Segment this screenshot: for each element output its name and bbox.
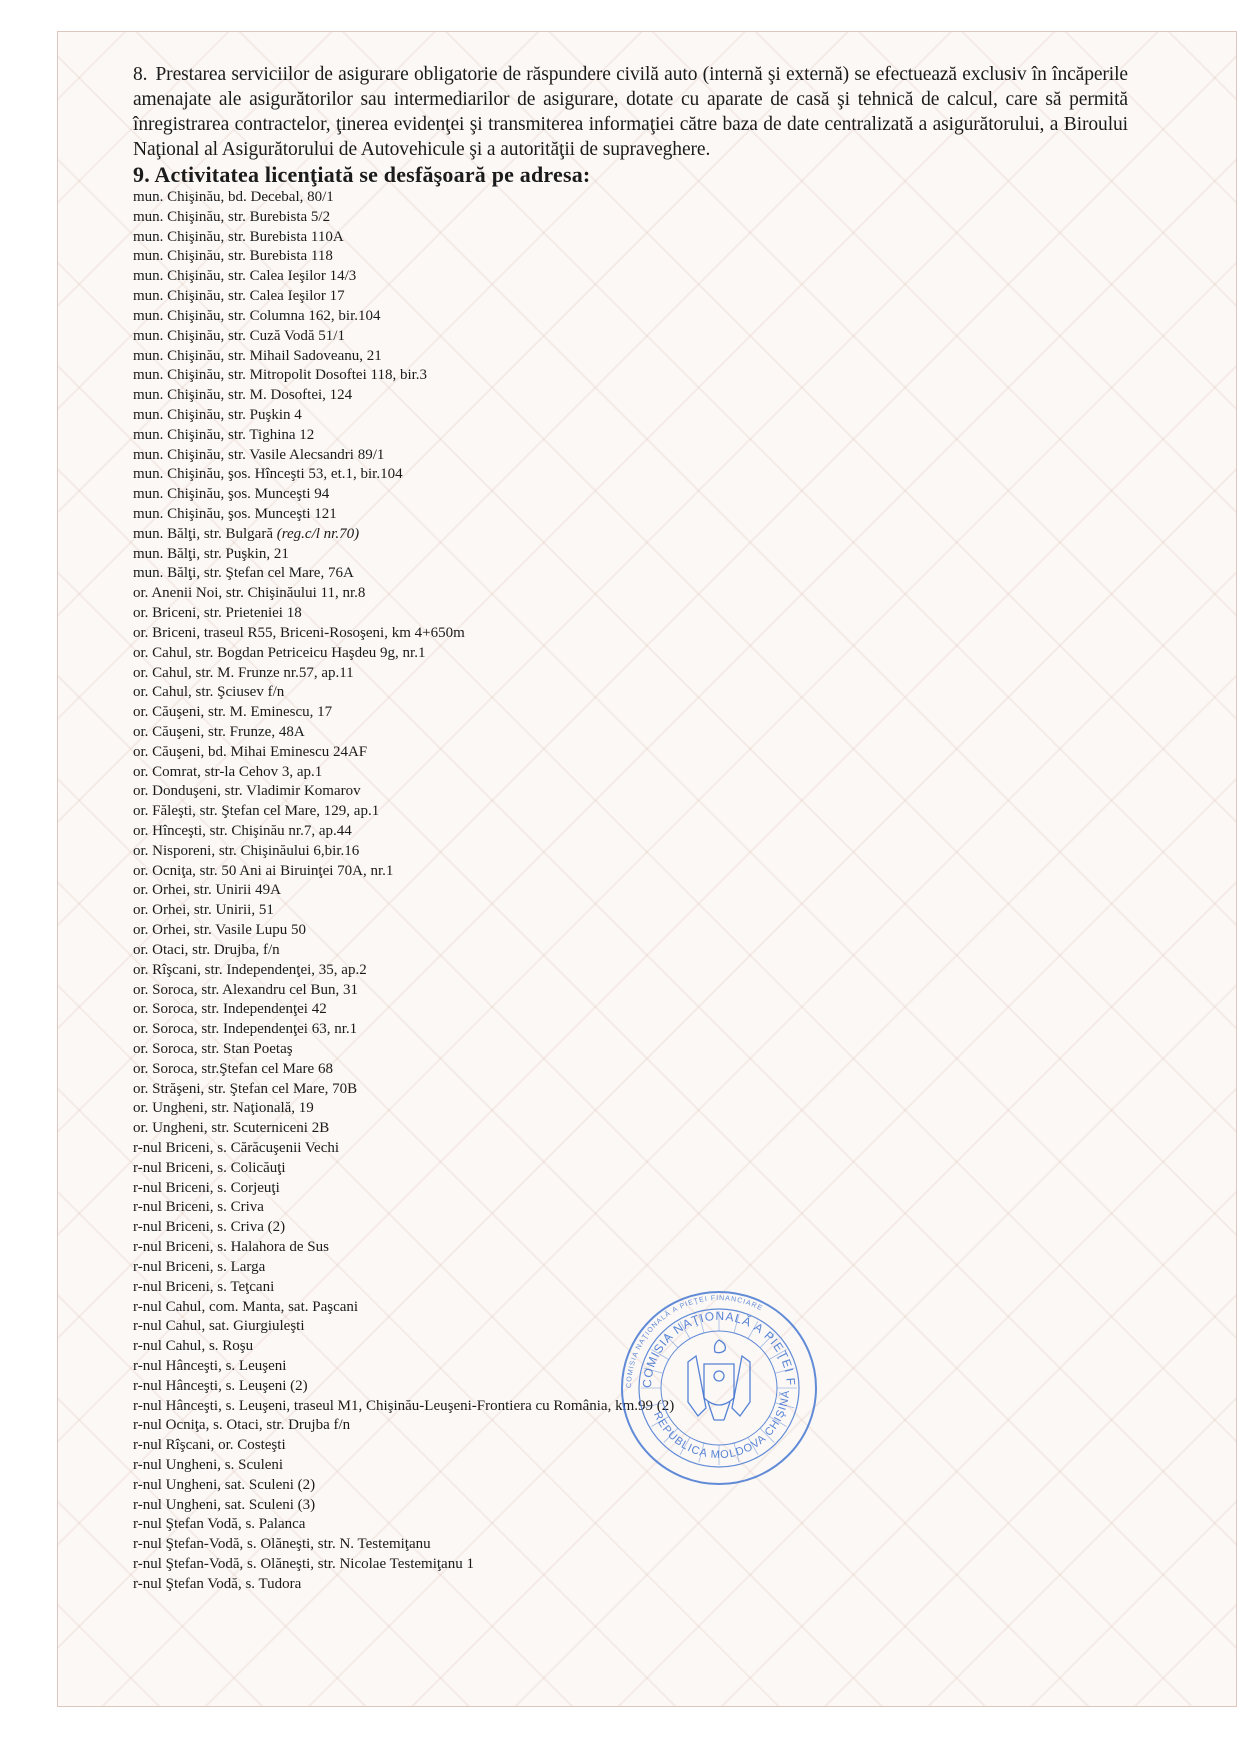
address-text: or. Rîşcani, str. Independenţei, 35, ap.… [133,962,367,978]
address-text: or. Orhei, str. Unirii 49A [133,882,281,898]
address-text: or. Ungheni, str. Naţională, 19 [133,1100,314,1116]
address-item: or. Hînceşti, str. Chişinău nr.7, ap.44 [133,822,1133,842]
address-item: r-nul Ştefan-Vodă, s. Olăneşti, str. Nic… [133,1555,1133,1575]
address-text: or. Nisporeni, str. Chişinăului 6,bir.16 [133,843,359,859]
address-text: r-nul Ştefan-Vodă, s. Olăneşti, str. Nic… [133,1556,474,1572]
address-text: or. Cahul, str. Bogdan Petriceicu Haşdeu… [133,645,425,661]
address-text: r-nul Hânceşti, s. Leuşeni (2) [133,1378,308,1394]
address-text: r-nul Ungheni, s. Sculeni [133,1457,283,1473]
address-text: or. Briceni, str. Prieteniei 18 [133,605,302,621]
address-item: mun. Chişinău, str. Columna 162, bir.104 [133,307,1133,327]
address-text: r-nul Rîşcani, or. Costeşti [133,1437,286,1453]
address-item: mun. Chişinău, str. Burebista 5/2 [133,208,1133,228]
section-8-paragraph: 8.Prestarea serviciilor de asigurare obl… [133,62,1128,162]
address-item: or. Soroca, str.Ştefan cel Mare 68 [133,1060,1133,1080]
address-text: or. Căuşeni, str. M. Eminescu, 17 [133,704,332,720]
address-item: mun. Chişinău, str. Mitropolit Dosoftei … [133,366,1133,386]
address-text: or. Soroca, str.Ştefan cel Mare 68 [133,1061,333,1077]
address-text: mun. Chişinău, str. Puşkin 4 [133,407,302,423]
address-item: or. Rîşcani, str. Independenţei, 35, ap.… [133,961,1133,981]
address-item: or. Orhei, str. Unirii, 51 [133,901,1133,921]
address-item: or. Comrat, str-la Cehov 3, ap.1 [133,763,1133,783]
address-text: r-nul Ştefan Vodă, s. Tudora [133,1576,301,1592]
address-text: r-nul Briceni, s. Teţcani [133,1279,274,1295]
address-text: or. Anenii Noi, str. Chişinăului 11, nr.… [133,585,365,601]
address-item: or. Briceni, traseul R55, Briceni-Rosoşe… [133,624,1133,644]
address-text: or. Orhei, str. Vasile Lupu 50 [133,922,306,938]
address-text: or. Ungheni, str. Scuterniceni 2B [133,1120,329,1136]
address-text: mun. Chişinău, şos. Hînceşti 53, et.1, b… [133,466,403,482]
address-item: or. Căuşeni, str. Frunze, 48A [133,723,1133,743]
section-8-number: 8. [133,64,147,85]
address-text: mun. Chişinău, şos. Munceşti 121 [133,506,337,522]
address-item: r-nul Briceni, s. Larga [133,1258,1133,1278]
address-text: r-nul Briceni, s. Corjeuţi [133,1180,280,1196]
address-item: or. Străşeni, str. Ştefan cel Mare, 70B [133,1080,1133,1100]
address-text: r-nul Ştefan-Vodă, s. Olăneşti, str. N. … [133,1536,431,1552]
address-item: or. Ungheni, str. Scuterniceni 2B [133,1119,1133,1139]
address-item: mun. Chişinău, str. Tighina 12 [133,426,1133,446]
address-item: or. Nisporeni, str. Chişinăului 6,bir.16 [133,842,1133,862]
address-item: r-nul Briceni, s. Criva [133,1198,1133,1218]
address-item: r-nul Briceni, s. Corjeuţi [133,1179,1133,1199]
address-item: or. Soroca, str. Independenţei 42 [133,1000,1133,1020]
address-item: r-nul Briceni, s. Cărăcuşenii Vechi [133,1139,1133,1159]
address-item: or. Cahul, str. Bogdan Petriceicu Haşdeu… [133,644,1133,664]
address-item: mun. Chişinău, str. Burebista 110A [133,228,1133,248]
address-text: or. Comrat, str-la Cehov 3, ap.1 [133,764,322,780]
address-text: or. Cahul, str. Şciusev f/n [133,684,284,700]
address-text: mun. Chişinău, str. Burebista 118 [133,248,333,264]
address-text: mun. Chişinău, str. Calea Ieşilor 14/3 [133,268,356,284]
address-text: or. Soroca, str. Stan Poetaş [133,1041,293,1057]
address-item: r-nul Briceni, s. Criva (2) [133,1218,1133,1238]
address-text: mun. Bălţi, str. Ştefan cel Mare, 76A [133,565,354,581]
address-item: mun. Bălţi, str. Bulgară (reg.c/l nr.70) [133,525,1133,545]
address-text: mun. Chişinău, str. Tighina 12 [133,427,314,443]
address-text: r-nul Briceni, s. Criva [133,1199,264,1215]
address-text: r-nul Briceni, s. Colicăuţi [133,1160,286,1176]
address-item: mun. Chişinău, bd. Decebal, 80/1 [133,188,1133,208]
address-text: or. Soroca, str. Independenţei 63, nr.1 [133,1021,357,1037]
address-text: or. Otaci, str. Drujba, f/n [133,942,280,958]
address-item: mun. Bălţi, str. Ştefan cel Mare, 76A [133,564,1133,584]
address-item: or. Soroca, str. Alexandru cel Bun, 31 [133,981,1133,1001]
address-item: mun. Chişinău, str. Calea Ieşilor 14/3 [133,267,1133,287]
address-item: or. Soroca, str. Stan Poetaş [133,1040,1133,1060]
address-item: mun. Bălţi, str. Puşkin, 21 [133,545,1133,565]
address-item: or. Căuşeni, str. M. Eminescu, 17 [133,703,1133,723]
address-text: r-nul Hânceşti, s. Leuşeni [133,1358,286,1374]
address-item: mun. Chişinău, str. Puşkin 4 [133,406,1133,426]
address-text: mun. Chişinău, str. M. Dosoftei, 124 [133,387,352,403]
address-item: r-nul Briceni, s. Colicăuţi [133,1159,1133,1179]
address-text: r-nul Ştefan Vodă, s. Palanca [133,1516,305,1532]
address-text: mun. Chişinău, str. Columna 162, bir.104 [133,308,381,324]
address-item: mun. Chişinău, str. Cuză Vodă 51/1 [133,327,1133,347]
address-text: or. Cahul, str. M. Frunze nr.57, ap.11 [133,665,354,681]
address-item: mun. Chişinău, str. Vasile Alecsandri 89… [133,446,1133,466]
address-text: or. Soroca, str. Alexandru cel Bun, 31 [133,982,358,998]
address-text: r-nul Briceni, s. Criva (2) [133,1219,285,1235]
section-8-text: Prestarea serviciilor de asigurare oblig… [133,64,1128,160]
address-text: r-nul Ocniţa, s. Otaci, str. Drujba f/n [133,1417,350,1433]
address-text: or. Hînceşti, str. Chişinău nr.7, ap.44 [133,823,352,839]
address-text: or. Soroca, str. Independenţei 42 [133,1001,327,1017]
address-text: r-nul Briceni, s. Cărăcuşenii Vechi [133,1140,339,1156]
address-item: mun. Chişinău, şos. Munceşti 121 [133,505,1133,525]
address-item: or. Otaci, str. Drujba, f/n [133,941,1133,961]
address-text: mun. Chişinău, str. Cuză Vodă 51/1 [133,328,345,344]
address-item: or. Orhei, str. Unirii 49A [133,881,1133,901]
address-text: mun. Chişinău, str. Calea Ieşilor 17 [133,288,345,304]
stamp-seal-icon: COMISIA NAŢIONALĂ A PIEŢEI FINANCIARE CO… [604,1290,834,1486]
address-item: mun. Chişinău, şos. Hînceşti 53, et.1, b… [133,465,1133,485]
coat-of-arms-icon [688,1340,750,1420]
address-item: or. Cahul, str. M. Frunze nr.57, ap.11 [133,664,1133,684]
address-item: or. Făleşti, str. Ştefan cel Mare, 129, … [133,802,1133,822]
address-item: r-nul Briceni, s. Halahora de Sus [133,1238,1133,1258]
address-text: mun. Chişinău, str. Mitropolit Dosoftei … [133,367,427,383]
address-text: r-nul Cahul, sat. Giurgiuleşti [133,1318,305,1334]
address-text: or. Orhei, str. Unirii, 51 [133,902,274,918]
address-item: or. Ungheni, str. Naţională, 19 [133,1099,1133,1119]
address-item: or. Soroca, str. Independenţei 63, nr.1 [133,1020,1133,1040]
address-item: or. Donduşeni, str. Vladimir Komarov [133,782,1133,802]
address-text: mun. Bălţi, str. Bulgară [133,526,277,542]
address-text: mun. Chişinău, bd. Decebal, 80/1 [133,189,334,205]
address-text: mun. Chişinău, str. Burebista 110A [133,229,344,245]
address-text: r-nul Briceni, s. Halahora de Sus [133,1239,329,1255]
address-text: r-nul Cahul, s. Roşu [133,1338,253,1354]
address-text: mun. Chişinău, str. Vasile Alecsandri 89… [133,447,384,463]
address-text: r-nul Briceni, s. Larga [133,1259,265,1275]
address-text: mun. Bălţi, str. Puşkin, 21 [133,546,289,562]
address-item: r-nul Ştefan-Vodă, s. Olăneşti, str. N. … [133,1535,1133,1555]
address-text: or. Făleşti, str. Ştefan cel Mare, 129, … [133,803,379,819]
address-item: or. Orhei, str. Vasile Lupu 50 [133,921,1133,941]
address-text: r-nul Cahul, com. Manta, sat. Paşcani [133,1299,358,1315]
address-text: or. Străşeni, str. Ştefan cel Mare, 70B [133,1081,357,1097]
address-item: or. Anenii Noi, str. Chişinăului 11, nr.… [133,584,1133,604]
address-text: or. Căuşeni, str. Frunze, 48A [133,724,305,740]
address-text: r-nul Ungheni, sat. Sculeni (3) [133,1497,315,1513]
address-text: or. Briceni, traseul R55, Briceni-Rosoşe… [133,625,465,641]
address-item: r-nul Ştefan Vodă, s. Tudora [133,1575,1133,1595]
address-item: or. Briceni, str. Prieteniei 18 [133,604,1133,624]
address-text: mun. Chişinău, str. Mihail Sadoveanu, 21 [133,348,382,364]
address-text: mun. Chişinău, şos. Munceşti 94 [133,486,329,502]
address-item: mun. Chişinău, str. Calea Ieşilor 17 [133,287,1133,307]
address-item: mun. Chişinău, şos. Munceşti 94 [133,485,1133,505]
address-text: or. Căuşeni, bd. Mihai Eminescu 24AF [133,744,367,760]
address-item: mun. Chişinău, str. Mihail Sadoveanu, 21 [133,347,1133,367]
address-item: or. Ocniţa, str. 50 Ani ai Biruinţei 70A… [133,862,1133,882]
address-text: r-nul Ungheni, sat. Sculeni (2) [133,1477,315,1493]
address-item: r-nul Ungheni, sat. Sculeni (3) [133,1496,1133,1516]
address-note: (reg.c/l nr.70) [277,526,359,542]
address-text: or. Ocniţa, str. 50 Ani ai Biruinţei 70A… [133,863,393,879]
address-item: mun. Chişinău, str. M. Dosoftei, 124 [133,386,1133,406]
section-9-heading: 9. Activitatea licenţiată se desfăşoară … [133,162,1133,188]
address-item: r-nul Ştefan Vodă, s. Palanca [133,1515,1133,1535]
address-text: or. Donduşeni, str. Vladimir Komarov [133,783,361,799]
address-item: or. Căuşeni, bd. Mihai Eminescu 24AF [133,743,1133,763]
address-text: r-nul Hânceşti, s. Leuşeni, traseul M1, … [133,1398,674,1414]
address-item: or. Cahul, str. Şciusev f/n [133,683,1133,703]
address-text: mun. Chişinău, str. Burebista 5/2 [133,209,330,225]
address-item: mun. Chişinău, str. Burebista 118 [133,247,1133,267]
official-stamp: COMISIA NAŢIONALĂ A PIEŢEI FINANCIARE CO… [604,1290,834,1486]
